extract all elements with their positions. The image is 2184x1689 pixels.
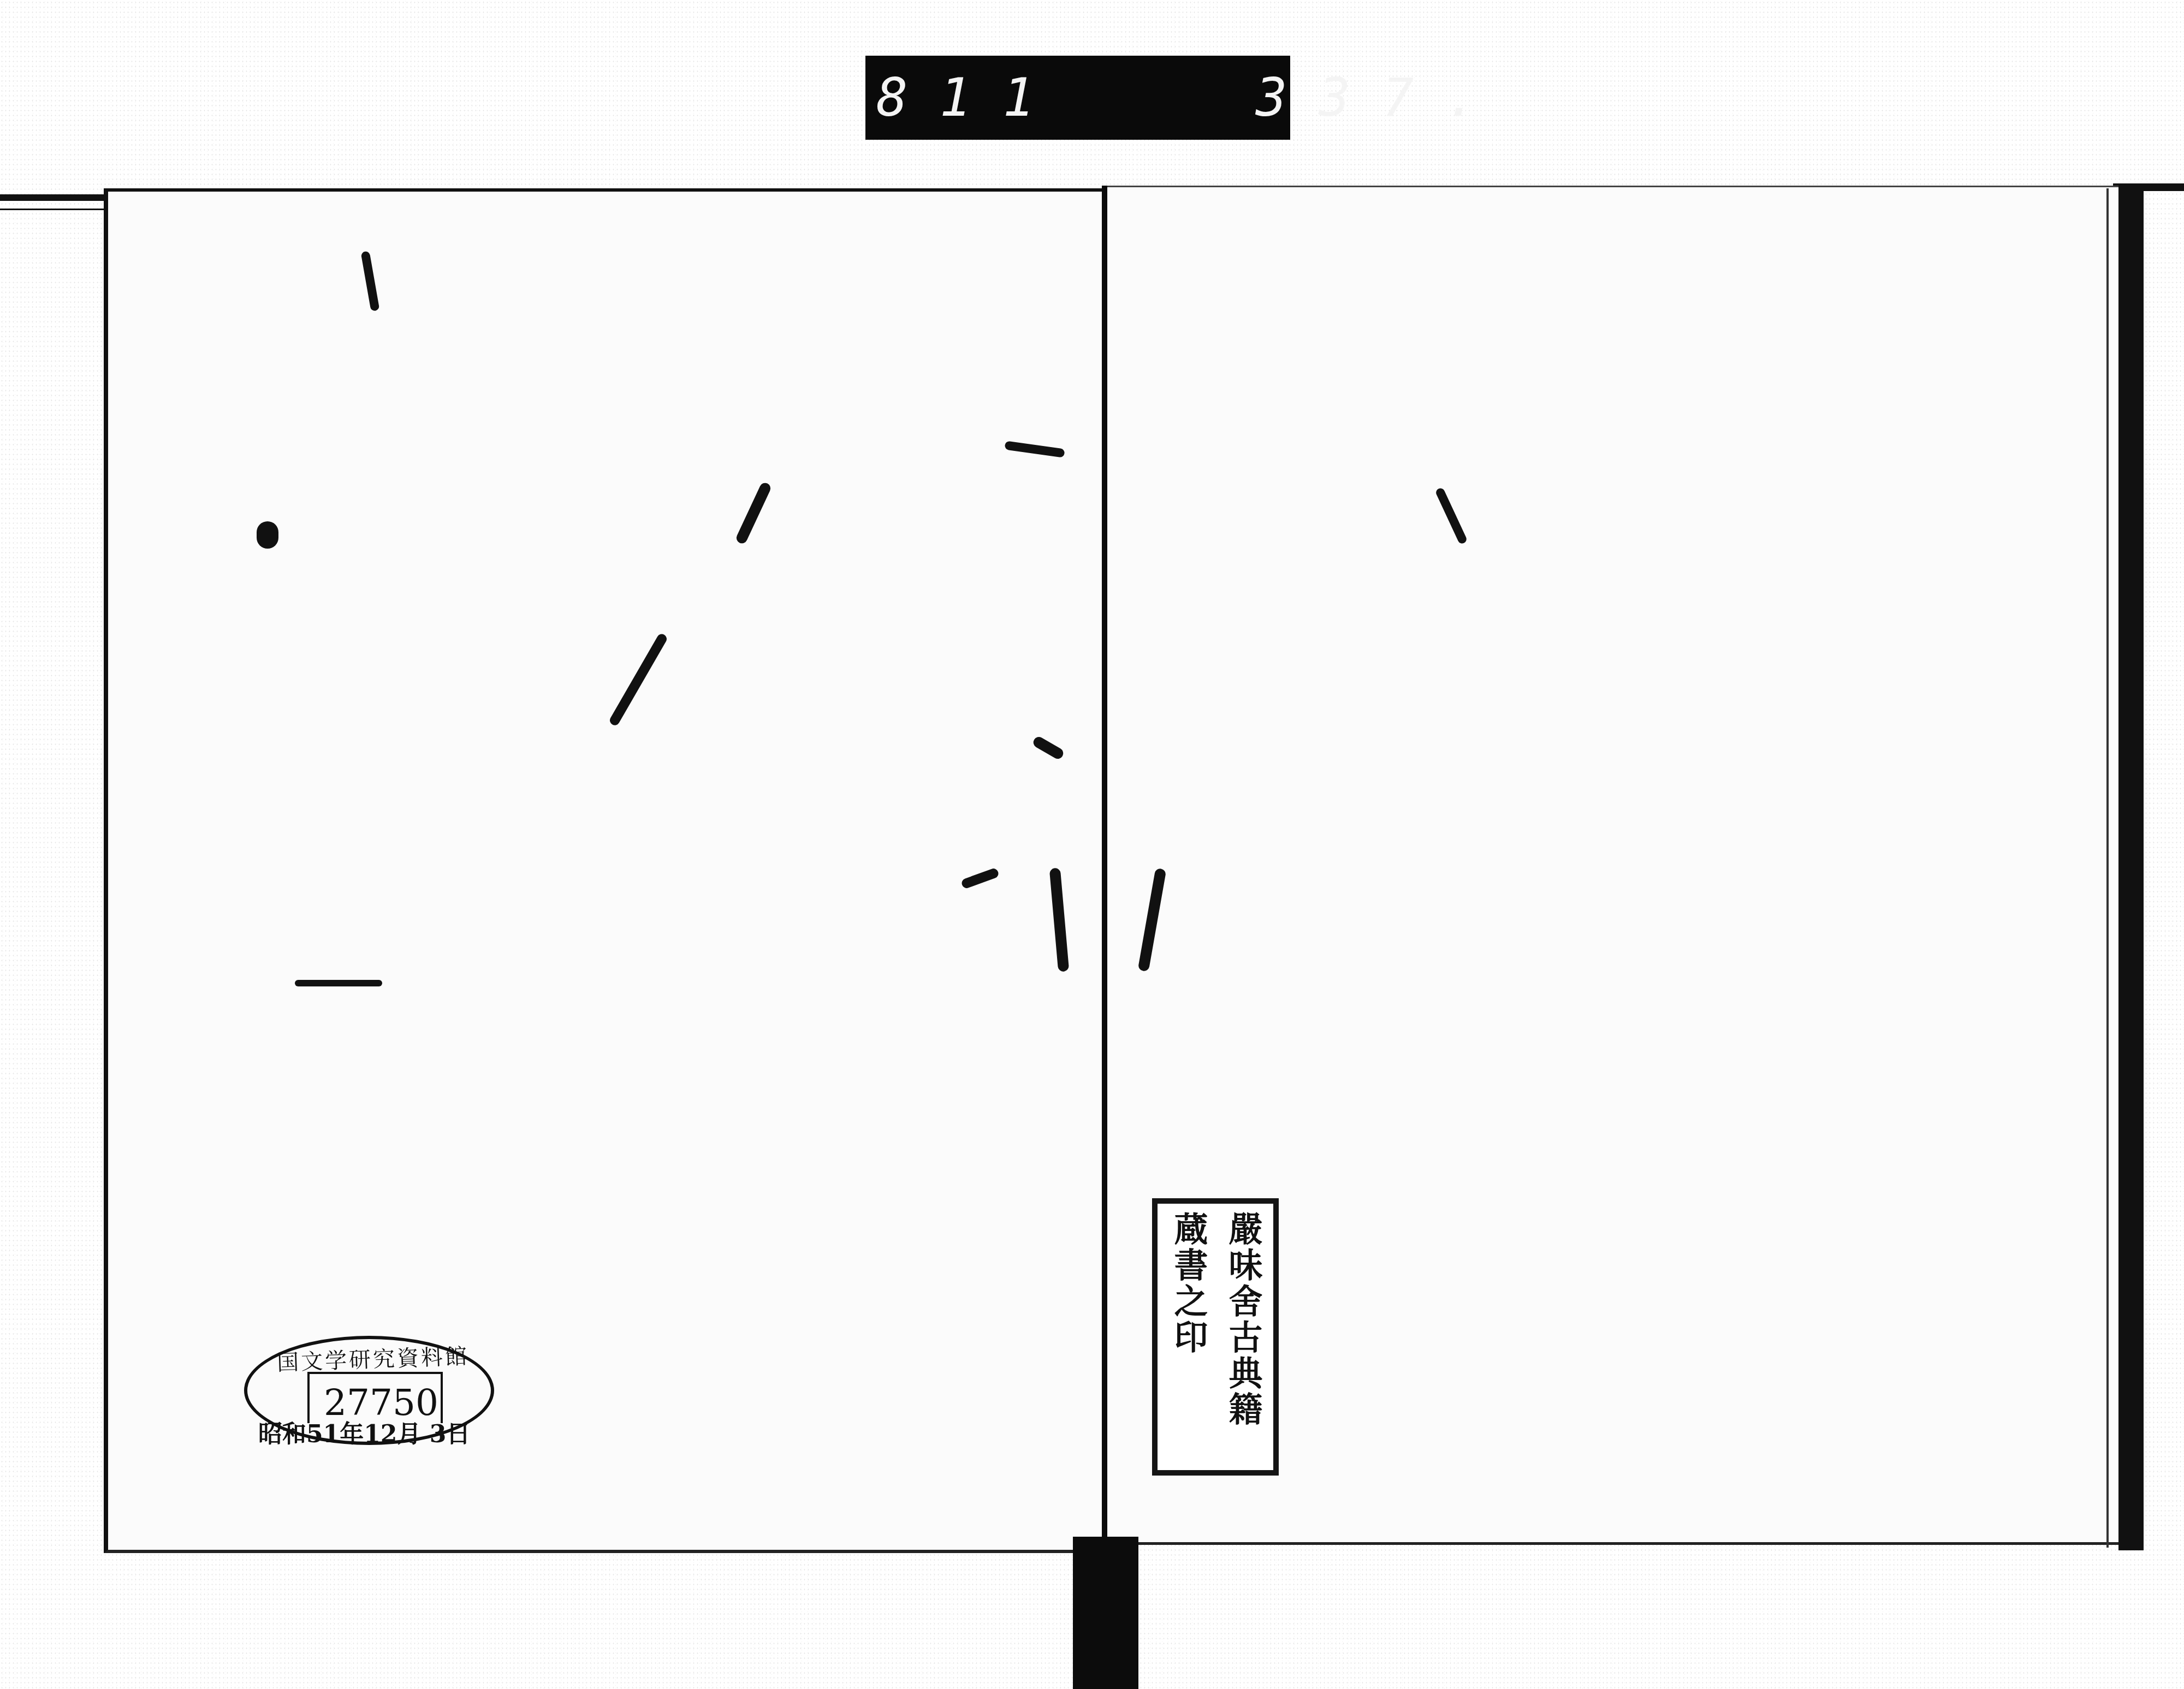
page-edge: [2106, 188, 2109, 1548]
collector-seal: 嚴味舍古典籍 蔵書之印: [1152, 1198, 1279, 1476]
call-number-text: 811 337.: [876, 67, 1509, 128]
wormhole-mark: [295, 980, 382, 986]
seal-column: 蔵書之印: [1171, 1211, 1205, 1462]
film-edge-rule: [0, 194, 104, 201]
library-acquisition-stamp: 国文学研究資料館 27750 昭和51年12月 3日: [244, 1336, 494, 1445]
seal-column: 嚴味舍古典籍: [1226, 1211, 1260, 1462]
call-number-label: 811 337.: [865, 56, 1290, 140]
wormhole-mark: [257, 521, 278, 549]
stamp-date: 昭和51年12月 3日: [258, 1414, 477, 1449]
left-page: [104, 188, 1106, 1553]
book-spine-edge: [2118, 186, 2144, 1550]
book-gutter: [1102, 186, 1107, 1539]
binding-thread-block: [1073, 1537, 1138, 1689]
film-edge-rule: [0, 209, 104, 210]
